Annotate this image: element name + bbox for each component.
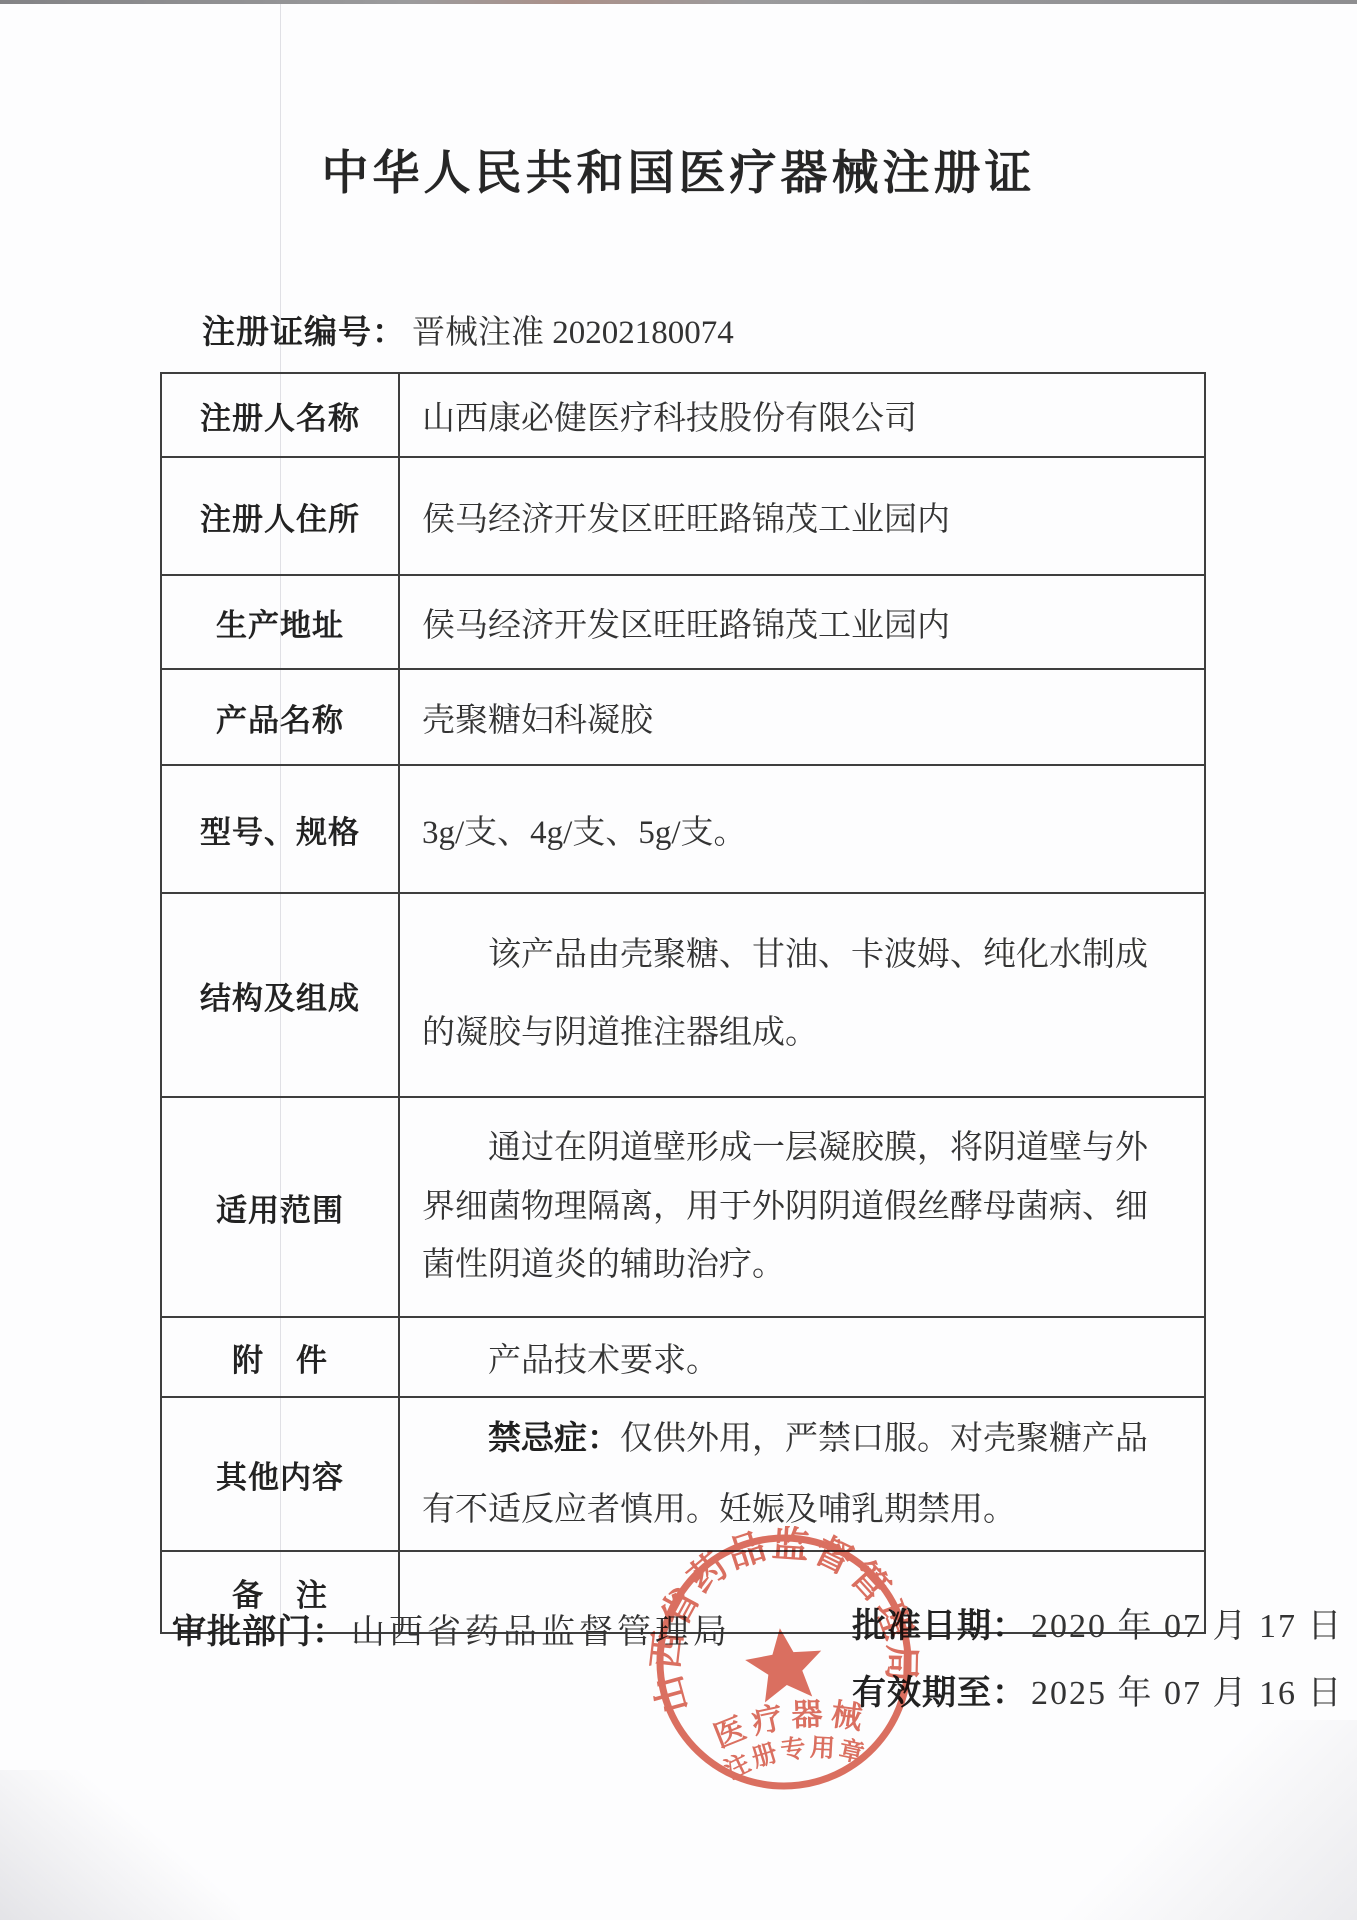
table-row-product-name: 产品名称 壳聚糖妇科凝胶 [161,669,1205,765]
row-label: 注册人住所 [161,457,399,575]
row-label: 注册人名称 [161,373,399,457]
approval-date-line: 批准日期：2020 年 07 月 17 日 [852,1598,1344,1647]
scan-corner-shadow-right [1057,1720,1357,1920]
registration-number-value: 晋械注准 20202180074 [412,315,734,351]
row-label: 型号、规格 [161,765,399,893]
row-label: 生产地址 [161,575,399,669]
contraindication-label: 禁忌症： [488,1419,620,1456]
row-value: 侯马经济开发区旺旺路锦茂工业园内 [399,575,1205,669]
scan-corner-shadow-left [0,1770,240,1920]
table-row-registrant-name: 注册人名称 山西康必健医疗科技股份有限公司 [161,373,1205,457]
row-value: 侯马经济开发区旺旺路锦茂工业园内 [399,457,1205,575]
row-label: 附 件 [161,1317,399,1397]
registration-number-line: 注册证编号：晋械注准 20202180074 [202,306,734,353]
row-label: 产品名称 [161,669,399,765]
approval-date-value: 2020 年 07 月 17 日 [1031,1608,1344,1645]
intended-use-paragraph: 通过在阴道壁形成一层凝胶膜，将阴道壁与外界细菌物理隔离，用于外阴阴道假丝酵母菌病… [422,1119,1178,1295]
seal-ring-text: 山西省药品监督管理局 [648,1526,920,1718]
valid-until-value: 2025 年 07 月 16 日 [1031,1675,1344,1712]
row-value: 3g/支、4g/支、5g/支。 [399,765,1205,893]
table-row-model-spec: 型号、规格 3g/支、4g/支、5g/支。 [161,765,1205,893]
scan-top-edge-artifact [0,0,1357,4]
row-value: 该产品由壳聚糖、甘油、卡波姆、纯化水制成的凝胶与阴道推注器组成。 [399,893,1205,1097]
row-value: 产品技术要求。 [399,1317,1205,1397]
row-value: 壳聚糖妇科凝胶 [399,669,1205,765]
row-value: 山西康必健医疗科技股份有限公司 [399,373,1205,457]
table-row-registrant-address: 注册人住所 侯马经济开发区旺旺路锦茂工业园内 [161,457,1205,575]
other-content-paragraph: 禁忌症：仅供外用，严禁口服。对壳聚糖产品有不适反应者慎用。妊娠及哺乳期禁用。 [422,1403,1178,1546]
table-row-intended-use: 适用范围 通过在阴道壁形成一层凝胶膜，将阴道壁与外界细菌物理隔离，用于外阴阴道假… [161,1097,1205,1317]
date-block: 批准日期：2020 年 07 月 17 日 有效期至：2025 年 07 月 1… [852,1598,1344,1732]
official-seal-stamp: 山西省药品监督管理局 医疗器械 注册专用章 [648,1526,920,1798]
structure-paragraph: 该产品由壳聚糖、甘油、卡波姆、纯化水制成的凝胶与阴道推注器组成。 [422,917,1178,1072]
attachment-paragraph: 产品技术要求。 [422,1334,1178,1381]
row-label: 其他内容 [161,1397,399,1551]
row-value: 通过在阴道壁形成一层凝胶膜，将阴道壁与外界细菌物理隔离，用于外阴阴道假丝酵母菌病… [399,1097,1205,1317]
table-row-structure-composition: 结构及组成 该产品由壳聚糖、甘油、卡波姆、纯化水制成的凝胶与阴道推注器组成。 [161,893,1205,1097]
seal-star-icon [742,1624,827,1705]
page-title: 中华人民共和国医疗器械注册证 [0,136,1357,203]
certificate-page: 中华人民共和国医疗器械注册证 注册证编号：晋械注准 20202180074 注册… [0,0,1357,1920]
table-row-attachment: 附 件 产品技术要求。 [161,1317,1205,1397]
row-label: 适用范围 [161,1097,399,1317]
row-label: 结构及组成 [161,893,399,1097]
certificate-table: 注册人名称 山西康必健医疗科技股份有限公司 注册人住所 侯马经济开发区旺旺路锦茂… [160,372,1206,1634]
registration-number-label: 注册证编号： [202,313,406,350]
valid-until-line: 有效期至：2025 年 07 月 16 日 [852,1665,1344,1714]
table-row-production-address: 生产地址 侯马经济开发区旺旺路锦茂工业园内 [161,575,1205,669]
approval-department-label: 审批部门： [172,1613,347,1651]
